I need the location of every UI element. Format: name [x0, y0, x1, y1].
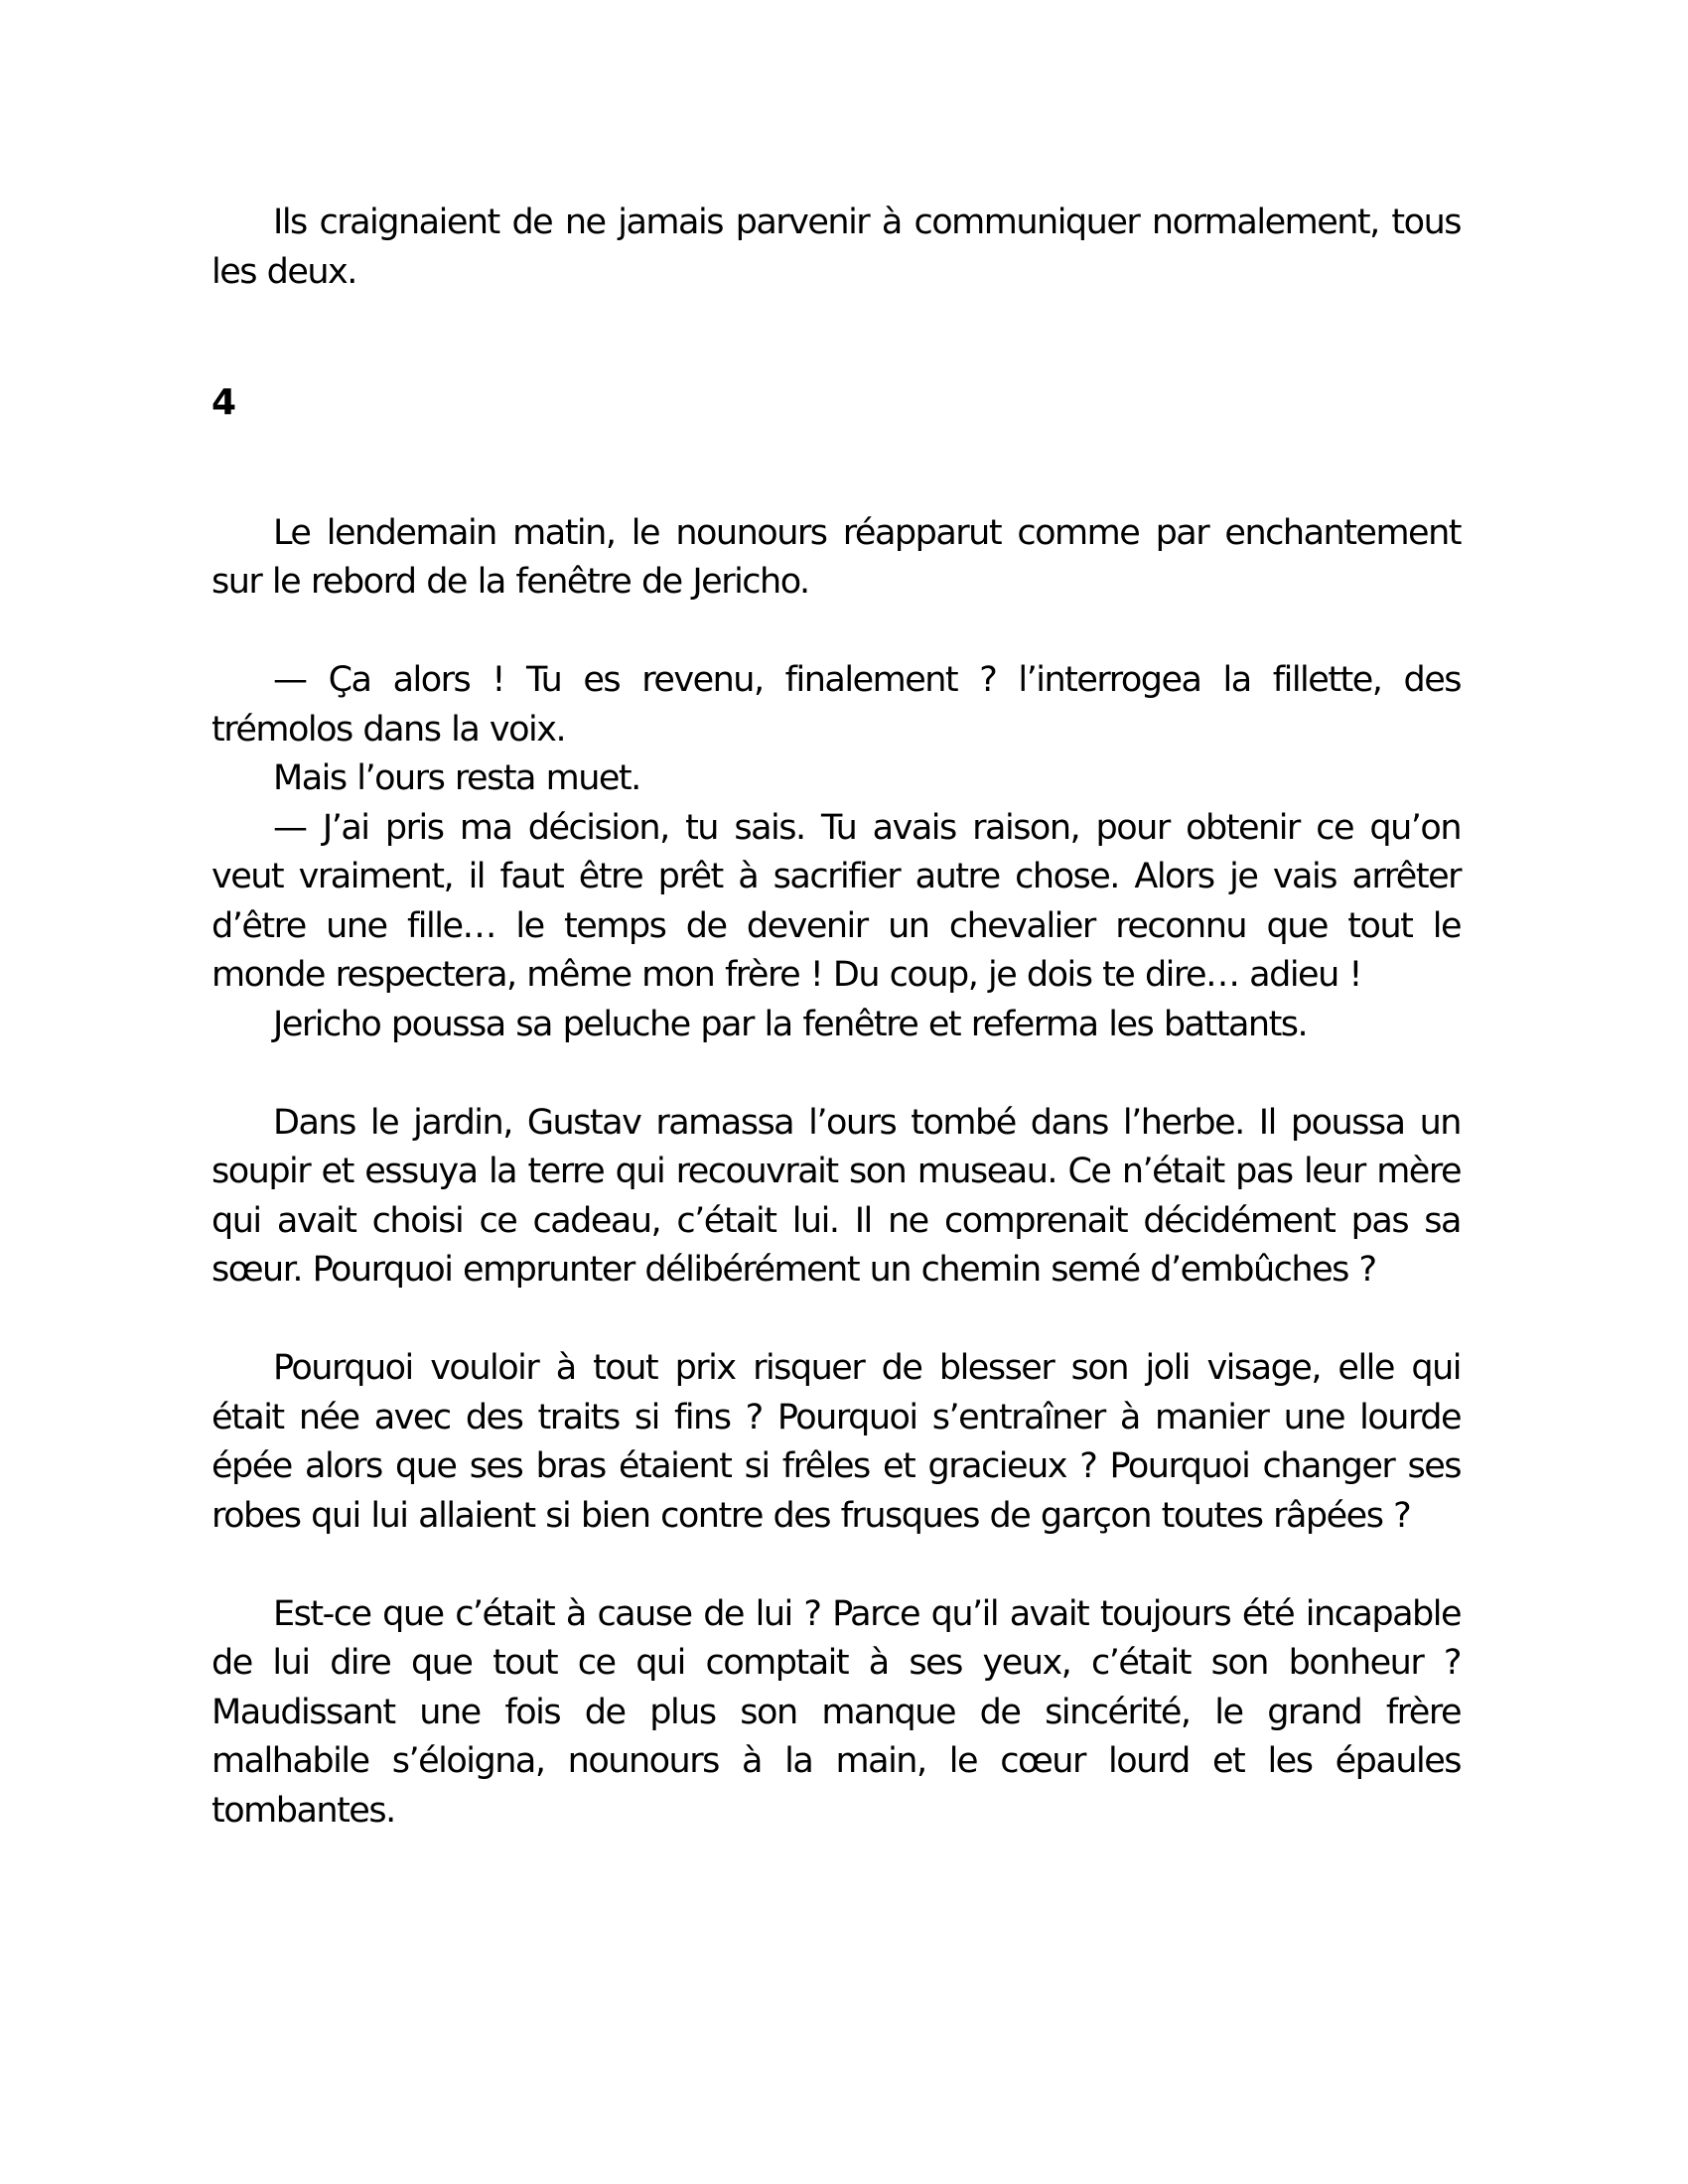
paragraph: Pourquoi vouloir à tout prix risquer de … — [211, 1344, 1461, 1541]
paragraph: Est-ce que c’était à cause de lui ? Parc… — [211, 1590, 1461, 1837]
spacer — [211, 1541, 1461, 1590]
book-page: Ils craignaient de ne jamais parvenir à … — [211, 199, 1461, 1836]
spacer — [211, 608, 1461, 657]
chapter-heading: 4 — [211, 378, 1461, 428]
spacer — [211, 1049, 1461, 1099]
paragraph: Ils craignaient de ne jamais parvenir à … — [211, 199, 1461, 297]
paragraph: Dans le jardin, Gustav ramassa l’ours to… — [211, 1099, 1461, 1296]
dialogue-line: — Ça alors ! Tu es revenu, finalement ? … — [211, 656, 1461, 754]
paragraph: Le lendemain matin, le nounours réapparu… — [211, 509, 1461, 608]
paragraph: Mais l’ours resta muet. — [211, 754, 1461, 804]
spacer — [211, 428, 1461, 509]
spacer — [211, 1296, 1461, 1345]
paragraph: Jericho poussa sa peluche par la fenêtre… — [211, 1001, 1461, 1050]
spacer — [211, 297, 1461, 378]
dialogue-line: — J’ai pris ma décision, tu sais. Tu ava… — [211, 804, 1461, 1001]
